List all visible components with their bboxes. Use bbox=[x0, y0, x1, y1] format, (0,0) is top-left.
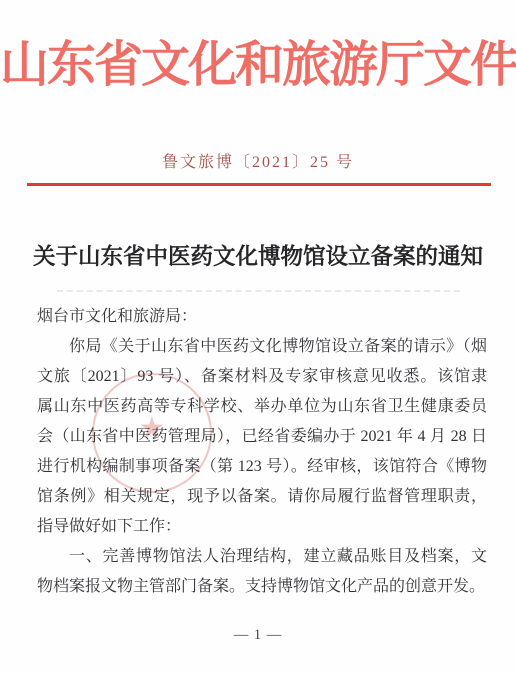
red-divider-line bbox=[27, 183, 491, 186]
letterhead-title: 山东省文化和旅游厅文件 bbox=[0, 34, 516, 96]
document-number: 鲁文旅博〔2021〕25 号 bbox=[0, 152, 516, 174]
body-line: 进行机构编制事项备案（第 123 号）。经审核，该馆符合《博物 bbox=[37, 452, 487, 482]
document-title: 关于山东省中医药文化博物馆设立备案的通知 bbox=[0, 242, 516, 272]
body-text: 烟台市文化和旅游局： 你局《关于山东省中医药文化博物馆设立备案的请示》（烟 文旅… bbox=[37, 302, 487, 602]
body-line: 属山东中医药高等专科学校、举办单位为山东省卫生健康委员 bbox=[37, 392, 487, 422]
body-line: 物档案报文物主管部门备案。支持博物馆文化产品的创意开发。 bbox=[37, 572, 487, 602]
scan-artifact-line bbox=[57, 290, 460, 292]
document-page: 山东省文化和旅游厅文件 鲁文旅博〔2021〕25 号 关于山东省中医药文化博物馆… bbox=[0, 0, 516, 674]
body-line: 指导做好如下工作： bbox=[37, 512, 487, 542]
body-line: 一、完善博物馆法人治理结构，建立藏品账目及档案，文 bbox=[37, 542, 487, 572]
page-number: — 1 — bbox=[0, 624, 516, 646]
body-line: 文旅〔2021〕93 号）、备案材料及专家审核意见收悉。该馆隶 bbox=[37, 362, 487, 392]
body-line: 会（山东省中医药管理局），已经省委编办于 2021 年 4 月 28 日 bbox=[37, 422, 487, 452]
body-line: 馆条例》相关规定，现予以备案。请你局履行监督管理职责， bbox=[37, 482, 487, 512]
addressee-line: 烟台市文化和旅游局： bbox=[37, 302, 487, 332]
body-line: 你局《关于山东省中医药文化博物馆设立备案的请示》（烟 bbox=[37, 332, 487, 362]
